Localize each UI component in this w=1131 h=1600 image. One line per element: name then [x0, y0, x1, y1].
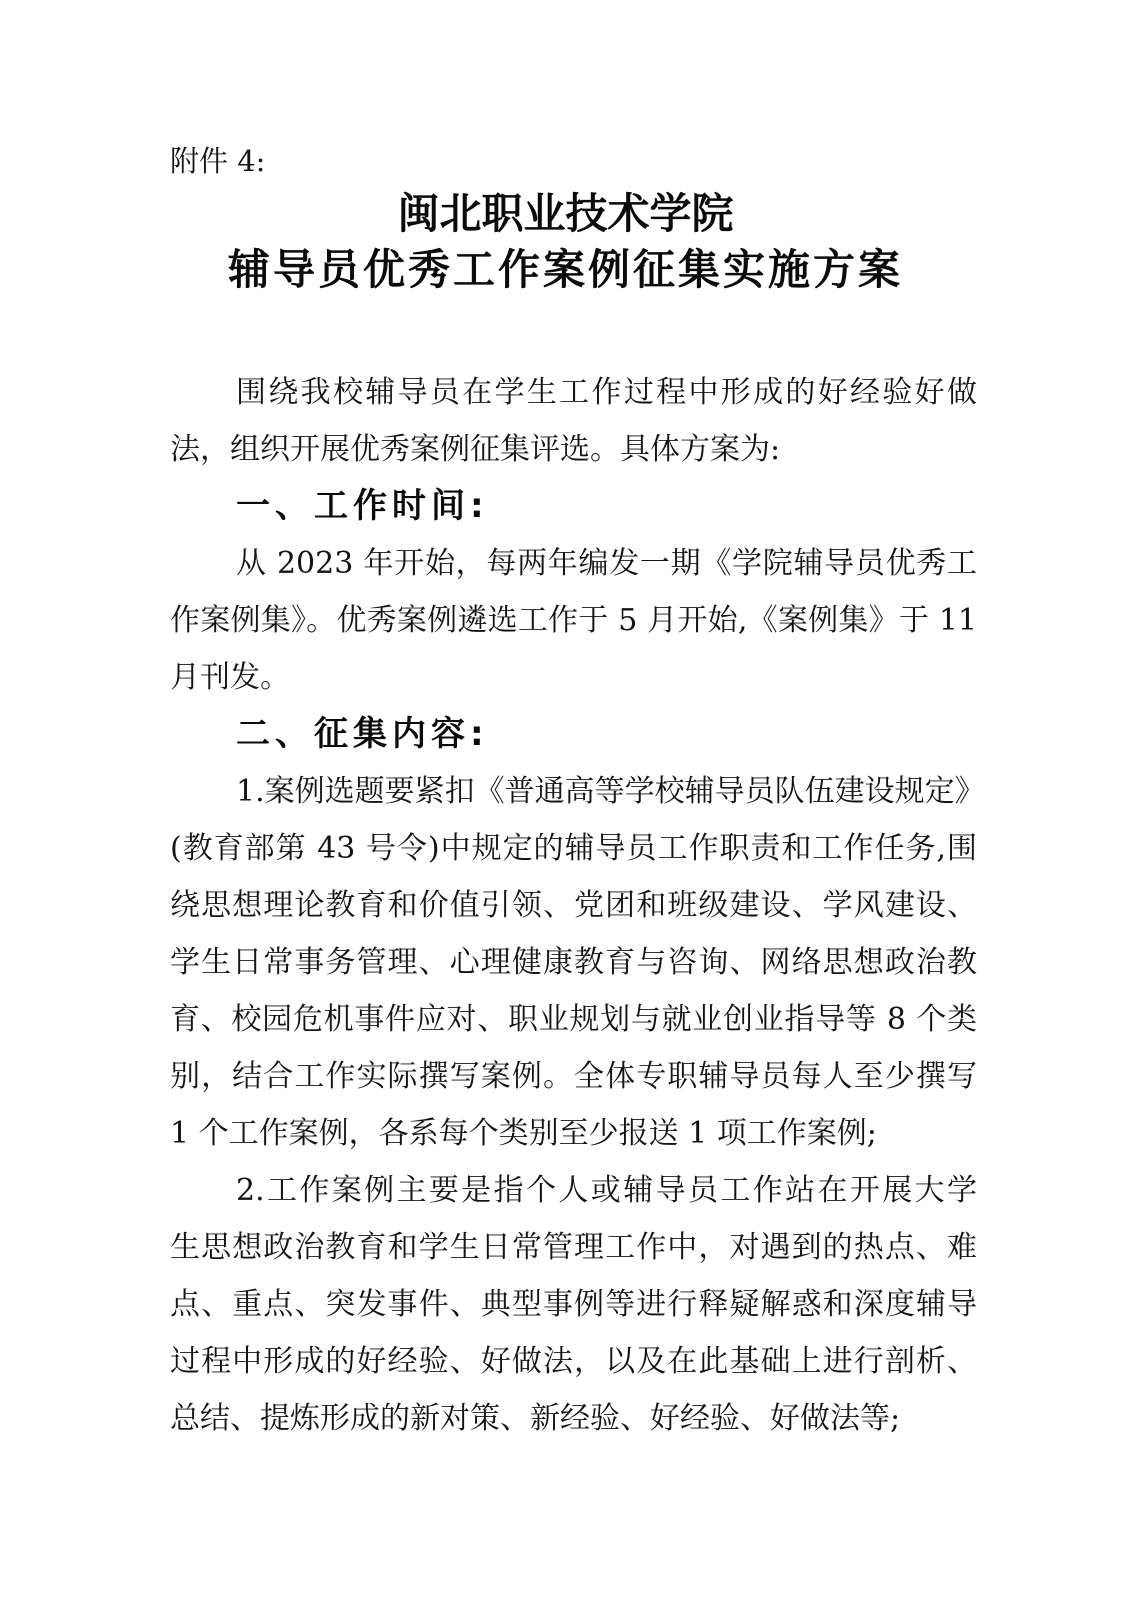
body-line-18: 过程中形成的好经验、好做法，以及在此基础上进行剖析、	[170, 1333, 977, 1390]
body-line-12: 育、校园危机事件应对、职业规划与就业创业指导等 8 个类	[170, 991, 977, 1048]
body-line-9: (教育部第 43 号令)中规定的辅导员工作职责和工作任务,围	[170, 820, 977, 877]
body-line-15: 2.工作案例主要是指个人或辅导员工作站在开展大学	[170, 1162, 977, 1219]
body-line-13: 别，结合工作实际撰写案例。全体专职辅导员每人至少撰写	[170, 1048, 977, 1105]
document-page: 附件 4: 闽北职业技术学院 辅导员优秀工作案例征集实施方案 围绕我校辅导员在学…	[0, 0, 1131, 1600]
attachment-label: 附件 4:	[170, 143, 265, 179]
document-body: 围绕我校辅导员在学生工作过程中形成的好经验好做 法，组织开展优秀案例征集评选。具…	[170, 364, 977, 1447]
body-line-16: 生思想政治教育和学生日常管理工作中，对遇到的热点、难	[170, 1219, 977, 1276]
body-line-14: 1 个工作案例，各系每个类别至少报送 1 项工作案例;	[170, 1105, 977, 1162]
title-line-1: 闽北职业技术学院	[0, 186, 1131, 242]
body-line-1: 围绕我校辅导员在学生工作过程中形成的好经验好做	[170, 364, 977, 421]
body-line-2: 法，组织开展优秀案例征集评选。具体方案为:	[170, 421, 977, 478]
section-heading-collection-content: 二、征集内容:	[170, 706, 977, 763]
body-line-6: 月刊发。	[170, 649, 977, 706]
body-line-5: 作案例集》。优秀案例遴选工作于 5 月开始,《案例集》于 11	[170, 592, 977, 649]
body-line-11: 学生日常事务管理、心理健康教育与咨询、网络思想政治教	[170, 934, 977, 991]
title-line-2: 辅导员优秀工作案例征集实施方案	[0, 242, 1131, 298]
body-line-8: 1.案例选题要紧扣《普通高等学校辅导员队伍建设规定》	[170, 763, 977, 820]
section-heading-work-time: 一、工作时间:	[170, 478, 977, 535]
document-title: 闽北职业技术学院 辅导员优秀工作案例征集实施方案	[0, 186, 1131, 298]
body-line-19: 总结、提炼形成的新对策、新经验、好经验、好做法等;	[170, 1390, 977, 1447]
body-line-4: 从 2023 年开始，每两年编发一期《学院辅导员优秀工	[170, 535, 977, 592]
body-line-17: 点、重点、突发事件、典型事例等进行释疑解惑和深度辅导	[170, 1276, 977, 1333]
body-line-10: 绕思想理论教育和价值引领、党团和班级建设、学风建设、	[170, 877, 977, 934]
